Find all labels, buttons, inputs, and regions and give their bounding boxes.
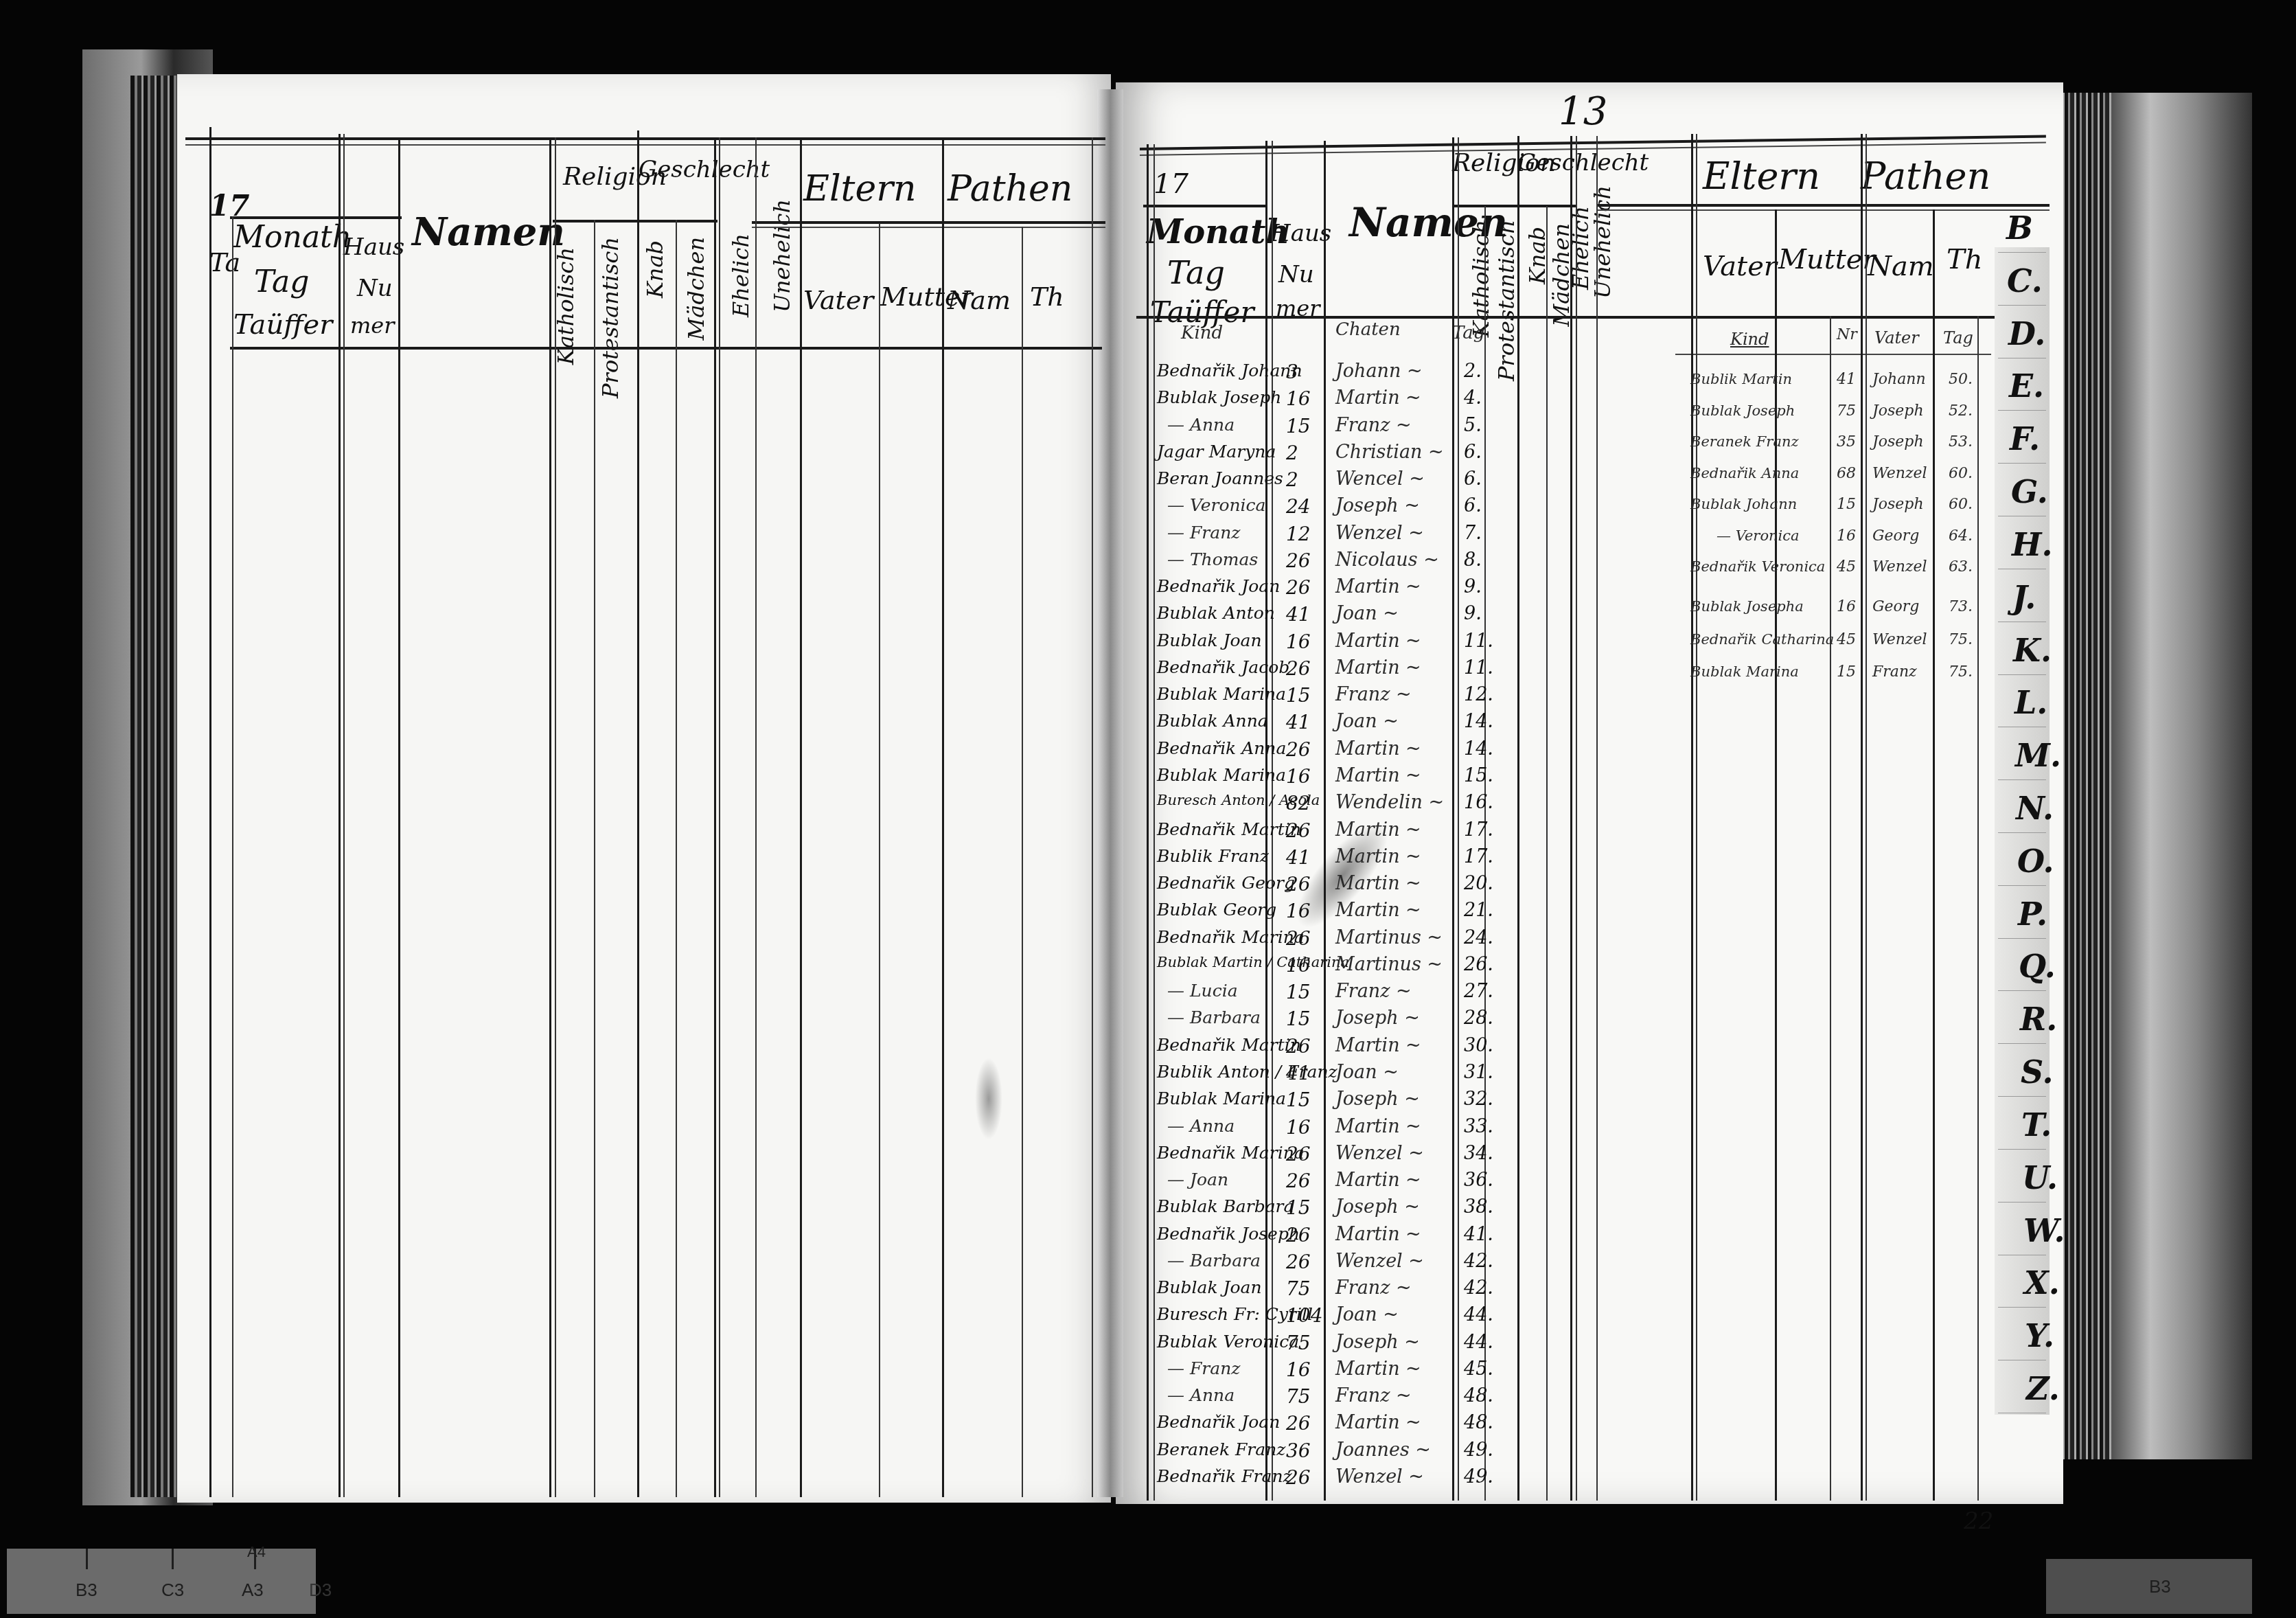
house-number: 12 xyxy=(1286,523,1311,545)
child-name: — Anna xyxy=(1167,415,1235,435)
godparent-father: Wenzel xyxy=(1872,465,1927,482)
godparent-nr: 45 xyxy=(1837,631,1856,648)
godparent-child: Bublik Martin xyxy=(1690,371,1792,387)
index-tab-r[interactable]: R. xyxy=(2020,1001,2057,1038)
header-month: Monath xyxy=(1147,213,1289,251)
day-number: 38. xyxy=(1464,1196,1493,1218)
godparent-nr: 75 xyxy=(1837,402,1856,420)
baptism-name: Martin ~ xyxy=(1335,1224,1421,1245)
house-number: 16 xyxy=(1286,630,1311,653)
day-number: 8. xyxy=(1464,549,1482,571)
header-parents: Eltern xyxy=(803,168,917,209)
child-name: Bublak Martin / Catharina xyxy=(1157,954,1349,970)
child-name: Bednařik Martin xyxy=(1157,1035,1301,1055)
index-tab-t[interactable]: T. xyxy=(2021,1106,2052,1143)
godparent-child: Bublak Josepha xyxy=(1690,598,1804,615)
day-number: 42. xyxy=(1464,1251,1493,1272)
godparent-day: 60. xyxy=(1949,496,1973,513)
header-catholic: Katholisch xyxy=(1468,220,1494,337)
child-name: Bublak Georg xyxy=(1157,900,1276,920)
child-name: Bublak Anna xyxy=(1157,711,1268,731)
child-name: Bednařik Georg xyxy=(1157,873,1295,893)
tab-divider xyxy=(1998,779,2046,780)
day-number: 6. xyxy=(1464,495,1482,516)
baptism-name: Joan ~ xyxy=(1335,1304,1399,1325)
child-name: Bublak Marina xyxy=(1157,684,1286,704)
baptism-name: Martinus ~ xyxy=(1335,954,1443,975)
godparent-day: 60. xyxy=(1949,465,1973,482)
tab-divider xyxy=(1998,1043,2046,1044)
header-religion: Religion xyxy=(563,161,611,194)
header-godparent-name: Nam xyxy=(948,285,1011,315)
top-page-mark: 13 xyxy=(1559,89,1607,134)
index-tab-d[interactable]: D. xyxy=(2008,315,2045,352)
day-number: 20. xyxy=(1464,873,1493,894)
tab-divider xyxy=(1998,358,2046,358)
house-number: 15 xyxy=(1286,1196,1311,1219)
header-day: Tag xyxy=(254,264,309,299)
child-name: Bednařik Jacob xyxy=(1157,657,1289,677)
header-month: Monath xyxy=(233,220,352,255)
baptism-name: Franz ~ xyxy=(1335,415,1412,436)
godparent-nr: 35 xyxy=(1837,433,1856,451)
index-tab-m[interactable]: M. xyxy=(2015,737,2061,774)
baptism-name: Martin ~ xyxy=(1335,1412,1421,1433)
baptism-name: Martinus ~ xyxy=(1335,927,1443,948)
godparent-child: Beranek Franz xyxy=(1690,433,1799,450)
child-name: Bublak Marina xyxy=(1157,765,1286,785)
house-number: 75 xyxy=(1286,1332,1311,1354)
godparent-father: Franz xyxy=(1872,663,1917,681)
tab-divider xyxy=(1998,305,2046,306)
godparent-day: 64. xyxy=(1949,527,1973,545)
baptism-name: Martin ~ xyxy=(1335,657,1421,679)
house-number: 26 xyxy=(1286,819,1311,842)
header-father: Vater xyxy=(1703,251,1777,282)
house-number: 16 xyxy=(1286,387,1311,410)
day-number: 26. xyxy=(1464,954,1493,975)
header-name: Namen xyxy=(412,209,565,255)
baptism-name: Joan ~ xyxy=(1335,711,1399,732)
baptism-name: Joan ~ xyxy=(1335,1062,1399,1083)
house-number: 2 xyxy=(1286,442,1298,464)
header-godparents: Pathen xyxy=(1861,155,1990,198)
day-number: 14. xyxy=(1464,738,1493,760)
child-name: Bublak Barbara xyxy=(1157,1196,1294,1216)
godparent-nr: 15 xyxy=(1837,663,1856,681)
day-number: 7. xyxy=(1464,523,1482,544)
index-tab-s[interactable]: S. xyxy=(2021,1053,2054,1091)
baptism-name: Martin ~ xyxy=(1335,900,1421,921)
index-tab-e[interactable]: E. xyxy=(2009,367,2044,404)
day-number: 11. xyxy=(1464,657,1493,679)
index-tab-l[interactable]: L. xyxy=(2014,684,2047,721)
house-number: 3 xyxy=(1286,361,1298,383)
index-tab-k[interactable]: K. xyxy=(2013,632,2052,669)
house-number: 26 xyxy=(1286,873,1311,896)
day-number: 6. xyxy=(1464,442,1482,463)
child-name: Bednařik Joan xyxy=(1157,1412,1280,1432)
house-number: 26 xyxy=(1286,927,1311,950)
godparent-nr: 15 xyxy=(1837,496,1856,513)
godparent-nr: 16 xyxy=(1837,527,1856,545)
godparent-child: Bednařik Veronica xyxy=(1690,558,1825,575)
tab-divider xyxy=(1998,938,2046,939)
day-number: 48. xyxy=(1464,1385,1493,1406)
baptism-name: Joseph ~ xyxy=(1335,495,1420,516)
baptism-name: Wenzel ~ xyxy=(1335,1251,1424,1272)
house-number: 41 xyxy=(1286,846,1311,869)
godparent-child: Bublak Joseph xyxy=(1690,402,1795,419)
child-name: Bednařik Joseph xyxy=(1157,1224,1300,1244)
godparent-nr: 41 xyxy=(1837,371,1856,388)
child-name: Bublak Marina xyxy=(1157,1089,1286,1108)
day-number: 34. xyxy=(1464,1143,1493,1164)
child-name: Bublak Veronica xyxy=(1157,1332,1299,1352)
house-number: 16 xyxy=(1286,1116,1311,1139)
day-number: 9. xyxy=(1464,576,1482,597)
child-name: — Barbara xyxy=(1167,1251,1261,1271)
ruler-label: D3 xyxy=(309,1580,332,1601)
baptism-name: Wendelin ~ xyxy=(1335,792,1444,813)
day-number: 2. xyxy=(1464,361,1482,382)
godparent-day: 73. xyxy=(1949,598,1973,615)
child-name: Beranek Franz xyxy=(1157,1439,1286,1459)
baptism-name: Franz ~ xyxy=(1335,684,1412,705)
header-house: Haus xyxy=(1270,220,1331,247)
baptism-name: Wenzel ~ xyxy=(1335,1466,1424,1488)
baptism-name: Nicolaus ~ xyxy=(1335,549,1439,571)
godparent-father: Georg xyxy=(1872,598,1919,615)
house-number: 2 xyxy=(1286,468,1298,491)
right-year-mark: 17 xyxy=(1153,168,1189,200)
child-name: — Joan xyxy=(1167,1170,1228,1189)
baptism-name: Wenzel ~ xyxy=(1335,1143,1424,1164)
child-name: Bednařik Marina xyxy=(1157,1143,1305,1163)
day-number: 48. xyxy=(1464,1412,1493,1433)
index-tab-q[interactable]: Q. xyxy=(2019,948,2056,985)
house-number: 26 xyxy=(1286,657,1311,680)
godparent-day: 52. xyxy=(1949,402,1973,420)
child-name: Bednařik Anna xyxy=(1157,738,1286,758)
baptism-name: Joseph ~ xyxy=(1335,1089,1420,1110)
day-number: 30. xyxy=(1464,1035,1493,1056)
tab-divider xyxy=(1998,1413,2046,1413)
child-name: — Veronica xyxy=(1167,495,1266,515)
baptism-name: Franz ~ xyxy=(1335,1277,1412,1299)
child-name: Bednařik Joan xyxy=(1157,576,1280,596)
caption-godparent-nr: Nr xyxy=(1837,326,1857,343)
house-number: 15 xyxy=(1286,981,1311,1003)
house-number: 82 xyxy=(1286,792,1311,814)
tab-divider xyxy=(1998,622,2046,622)
day-number: 24. xyxy=(1464,927,1493,948)
baptism-name: Martin ~ xyxy=(1335,873,1421,894)
child-name: — Thomas xyxy=(1167,549,1258,569)
child-name: — Franz xyxy=(1167,523,1240,543)
godparent-father: Joseph xyxy=(1872,402,1924,420)
day-number: 31. xyxy=(1464,1062,1493,1083)
ruler-label: C3 xyxy=(161,1580,184,1601)
child-name: — Anna xyxy=(1167,1385,1235,1405)
child-name: Bublak Joseph xyxy=(1157,387,1281,407)
godparent-day: 75. xyxy=(1949,663,1973,681)
godparent-father: Joseph xyxy=(1872,496,1924,513)
archive-ruler-left: A4 B3 C3 A3 D3 xyxy=(7,1549,316,1614)
child-name: Jagar Maryna xyxy=(1157,442,1276,462)
child-name: Bublak Joan xyxy=(1157,630,1262,650)
godparent-child: — Veronica xyxy=(1717,527,1800,544)
baptism-name: Wenzel ~ xyxy=(1335,523,1424,544)
index-tab-j[interactable]: J. xyxy=(2012,579,2036,616)
ruler-label: B3 xyxy=(2149,1576,2171,1597)
godparent-child: Bublak Marina xyxy=(1690,663,1799,680)
day-number: 21. xyxy=(1464,900,1493,921)
house-number: 16 xyxy=(1286,765,1311,788)
index-tab-f[interactable]: F. xyxy=(2010,420,2040,457)
house-number: 15 xyxy=(1286,684,1311,707)
house-number: 41 xyxy=(1286,1062,1311,1084)
tab-divider xyxy=(1998,885,2046,886)
index-tab-o[interactable]: O. xyxy=(2017,843,2054,880)
header-godparent-name: Nam xyxy=(1868,251,1934,282)
header-number: Nu xyxy=(1278,261,1314,288)
child-name: Bednařik Franz xyxy=(1157,1466,1292,1486)
ink-smudge xyxy=(975,1058,1002,1140)
godparent-child: Bednařik Catharina xyxy=(1690,631,1834,648)
tab-divider xyxy=(1998,252,2046,253)
baptism-name: Joseph ~ xyxy=(1335,1196,1420,1218)
tab-divider xyxy=(1998,832,2046,833)
day-number: 33. xyxy=(1464,1116,1493,1137)
baptism-name: Franz ~ xyxy=(1335,981,1412,1002)
godparent-day: 50. xyxy=(1949,371,1973,388)
index-tab-x[interactable]: X. xyxy=(2024,1264,2060,1301)
day-number: 42. xyxy=(1464,1277,1493,1299)
child-name: Bublak Joan xyxy=(1157,1277,1262,1297)
day-number: 12. xyxy=(1464,684,1493,705)
book-gutter xyxy=(1097,89,1123,1497)
day-number: 41. xyxy=(1464,1224,1493,1245)
baptism-name: Martin ~ xyxy=(1335,846,1421,867)
godparent-day: 75. xyxy=(1949,631,1973,648)
index-tab-u[interactable]: U. xyxy=(2022,1159,2058,1196)
day-number: 44. xyxy=(1464,1304,1493,1325)
godparent-day: 63. xyxy=(1949,558,1973,576)
day-number: 4. xyxy=(1464,387,1482,409)
baptism-name: Joseph ~ xyxy=(1335,1007,1420,1029)
godparent-father: Georg xyxy=(1872,527,1919,545)
house-number: 75 xyxy=(1286,1277,1311,1300)
baptism-name: Martin ~ xyxy=(1335,387,1421,409)
tab-divider xyxy=(1998,463,2046,464)
child-name: Bednařik Martin xyxy=(1157,819,1301,839)
day-number: 17. xyxy=(1464,819,1493,841)
header-illegitimate: Unehelich xyxy=(1589,185,1616,299)
house-number: 26 xyxy=(1286,549,1311,572)
ruler-label: B3 xyxy=(76,1580,97,1601)
day-number: 5. xyxy=(1464,415,1482,436)
index-tab-b[interactable]: B xyxy=(2006,209,2033,247)
baptism-name: Wencel ~ xyxy=(1335,468,1425,490)
index-tab-h[interactable]: H. xyxy=(2012,526,2052,563)
archive-ruler-right: B3 xyxy=(2046,1559,2252,1614)
baptism-name: Martin ~ xyxy=(1335,630,1421,652)
header-sex: Geschlecht xyxy=(1517,148,1572,178)
godparent-nr: 16 xyxy=(1837,598,1856,615)
baptism-name: Joan ~ xyxy=(1335,603,1399,624)
tab-divider xyxy=(1998,569,2046,569)
house-number: 104 xyxy=(1286,1304,1322,1327)
caption-godparent-child: Kind xyxy=(1730,330,1769,349)
baptism-name: Martin ~ xyxy=(1335,576,1421,597)
baptism-name: Martin ~ xyxy=(1335,1170,1421,1191)
house-number: 75 xyxy=(1286,1385,1311,1408)
baptism-name: Martin ~ xyxy=(1335,1358,1421,1380)
day-number: 36. xyxy=(1464,1170,1493,1191)
house-number: 26 xyxy=(1286,1224,1311,1246)
header-sex: Geschlecht xyxy=(639,155,700,185)
header-protestant: Protestantisch xyxy=(597,237,623,398)
ruler-label: A3 xyxy=(242,1580,264,1601)
house-number: 26 xyxy=(1286,1466,1311,1489)
baptism-name: Joannes ~ xyxy=(1335,1439,1431,1461)
page-number: 22 xyxy=(1964,1507,1993,1535)
tab-divider xyxy=(1998,674,2046,675)
house-number: 15 xyxy=(1286,1007,1311,1030)
header-number-2: mer xyxy=(350,312,395,339)
house-number: 26 xyxy=(1286,1170,1311,1192)
house-number: 15 xyxy=(1286,415,1311,437)
tab-divider xyxy=(1998,1149,2046,1150)
baptism-name: Johann ~ xyxy=(1335,361,1423,382)
header-day: Tag xyxy=(1167,254,1225,291)
index-tab-y[interactable]: Y. xyxy=(2025,1317,2054,1354)
index-tab-c[interactable]: C. xyxy=(2007,262,2043,299)
house-number: 16 xyxy=(1286,1358,1311,1381)
header-godparents: Pathen xyxy=(948,168,1072,209)
day-number: 16. xyxy=(1464,792,1493,813)
header-house: Haus xyxy=(343,233,404,261)
baptism-name: Martin ~ xyxy=(1335,819,1421,841)
tab-divider xyxy=(1998,1096,2046,1097)
child-name: — Franz xyxy=(1167,1358,1240,1378)
day-number: 49. xyxy=(1464,1439,1493,1461)
day-number: 45. xyxy=(1464,1358,1493,1380)
header-protestant: Protestantisch xyxy=(1493,220,1519,381)
house-number: 26 xyxy=(1286,1143,1311,1165)
godparent-father: Wenzel xyxy=(1872,558,1927,576)
baptism-name: Martin ~ xyxy=(1335,1116,1421,1137)
index-tab-n[interactable]: N. xyxy=(2016,790,2054,827)
tab-divider xyxy=(1998,410,2046,411)
header-illegitimate: Unehelich xyxy=(769,199,795,312)
header-parents: Eltern xyxy=(1703,155,1820,198)
caption-name: Chaten xyxy=(1335,319,1401,340)
baptism-name: Martin ~ xyxy=(1335,765,1421,786)
tab-divider xyxy=(1998,1255,2046,1255)
godparent-day: 53. xyxy=(1949,433,1973,451)
header-religion: Religion xyxy=(1452,148,1507,180)
header-number: Nu xyxy=(357,275,393,302)
godparent-child: Bublak Johann xyxy=(1690,496,1797,512)
index-tab-g[interactable]: G. xyxy=(2011,473,2048,510)
baptism-name: Christian ~ xyxy=(1335,442,1444,463)
godparent-father: Joseph xyxy=(1872,433,1924,451)
house-number: 26 xyxy=(1286,1412,1311,1435)
tab-divider xyxy=(1998,1360,2046,1360)
caption-godparent-father: Vater xyxy=(1874,328,1919,347)
index-tab-w[interactable]: W. xyxy=(2023,1212,2065,1249)
day-number: 49. xyxy=(1464,1466,1493,1488)
header-boy: Knab xyxy=(642,240,668,298)
header-legitimate: Ehelich xyxy=(728,233,754,317)
house-number: 26 xyxy=(1286,1035,1311,1058)
godparent-nr: 45 xyxy=(1837,558,1856,576)
day-number: 17. xyxy=(1464,846,1493,867)
tab-divider xyxy=(1998,727,2046,727)
house-number: 15 xyxy=(1286,1089,1311,1111)
house-number: 24 xyxy=(1286,495,1311,518)
tab-divider xyxy=(1998,1307,2046,1308)
day-number: 14. xyxy=(1464,711,1493,732)
house-number: 41 xyxy=(1286,603,1311,626)
index-tab-p[interactable]: P. xyxy=(2018,896,2047,933)
house-number: 26 xyxy=(1286,576,1311,599)
house-number: 26 xyxy=(1286,738,1311,761)
header-baptizer: Taüffer xyxy=(233,309,332,341)
baptism-name: Martin ~ xyxy=(1335,738,1421,760)
house-number: 41 xyxy=(1286,711,1311,733)
day-number: 27. xyxy=(1464,981,1493,1002)
ruler-top-label: A4 xyxy=(247,1543,266,1561)
child-name: — Barbara xyxy=(1167,1007,1261,1027)
day-number: 11. xyxy=(1464,630,1493,652)
index-tab-z[interactable]: Z. xyxy=(2026,1370,2060,1407)
godparent-nr: 68 xyxy=(1837,465,1856,482)
house-number: 26 xyxy=(1286,1251,1311,1273)
day-number: 15. xyxy=(1464,765,1493,786)
godparent-child: Bednařik Anna xyxy=(1690,465,1799,481)
header-father: Vater xyxy=(803,285,874,315)
caption-child: Kind xyxy=(1181,323,1223,343)
house-number: 36 xyxy=(1286,1439,1311,1462)
house-number: 16 xyxy=(1286,954,1311,977)
day-number: 6. xyxy=(1464,468,1482,490)
baptism-name: Martin ~ xyxy=(1335,1035,1421,1056)
caption-godparent-day: Tag xyxy=(1943,328,1973,347)
tab-divider xyxy=(1998,1202,2046,1203)
day-number: 44. xyxy=(1464,1332,1493,1353)
header-girl: Mädchen xyxy=(683,237,709,340)
child-name: — Anna xyxy=(1167,1116,1235,1136)
day-number: 32. xyxy=(1464,1089,1493,1110)
child-name: Bublik Franz xyxy=(1157,846,1269,866)
child-name: — Lucia xyxy=(1167,981,1238,1001)
tab-divider xyxy=(1998,516,2046,516)
day-number: 9. xyxy=(1464,603,1482,624)
child-name: Bednařik Marina xyxy=(1157,927,1305,947)
house-number: 16 xyxy=(1286,900,1311,922)
tab-divider xyxy=(1998,990,2046,991)
baptism-name: Joseph ~ xyxy=(1335,1332,1420,1353)
godparent-father: Johann xyxy=(1872,371,1926,388)
baptism-name: Franz ~ xyxy=(1335,1385,1412,1406)
godparent-father: Wenzel xyxy=(1872,631,1927,648)
child-name: Bublak Anton xyxy=(1157,603,1275,623)
child-name: Beran Joannes xyxy=(1157,468,1283,488)
day-number: 28. xyxy=(1464,1007,1493,1029)
